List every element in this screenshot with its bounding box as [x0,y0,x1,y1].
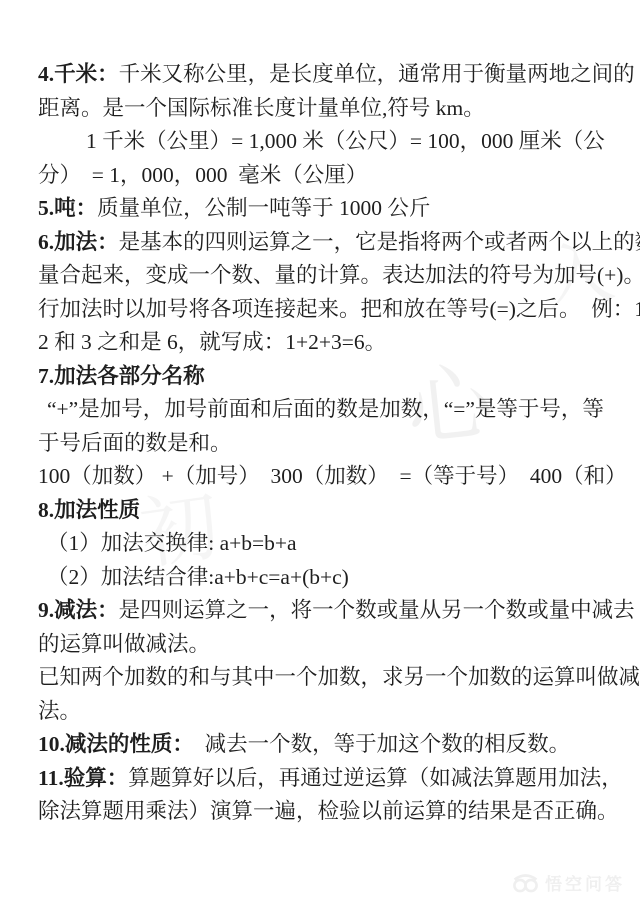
text-line: 5.吨：质量单位，公制一吨等于 1000 公斤 [38,192,623,226]
text-line: 于号后面的数是和。 [38,427,623,461]
line-text: 行加法时以加号将各项连接起来。把和放在等号(=)之后。 例：1、 [38,297,640,321]
term-label: 9.减法： [38,598,119,622]
line-text: “+”是加号，加号前面和后面的数是加数，“=”是等于号，等 [47,397,604,421]
text-line: 的运算叫做减法。 [38,628,623,662]
text-line: 8.加法性质 [38,494,623,528]
line-text: 除法算题用乘法）演算一遍，检验以前运算的结果是否正确。 [38,799,619,823]
text-line: 分） = 1，000，000 毫米（公厘） [38,159,623,193]
line-text: （2）加法结合律:a+b+c=a+(b+c) [47,565,349,589]
document-page: 初心入 4.千米：千米又称公里，是长度单位，通常用于衡量两地之间的距离。是一个国… [0,0,640,904]
line-text: 100（加数） +（加号） 300（加数） =（等于号） 400（和） [38,464,627,488]
line-text: 已知两个加数的和与其中一个加数，求另一个加数的运算叫做减 [38,665,640,689]
text-line: 行加法时以加号将各项连接起来。把和放在等号(=)之后。 例：1、 [38,293,623,327]
line-text: 算题算好以后，再通过逆运算（如减法算题用加法， [128,766,623,790]
text-line: 7.加法各部分名称 [38,360,623,394]
line-text: 的运算叫做减法。 [38,632,210,656]
text-line: 已知两个加数的和与其中一个加数，求另一个加数的运算叫做减 [38,661,623,695]
text-line: 法。 [38,695,623,729]
text-line: 11.验算：算题算好以后，再通过逆运算（如减法算题用加法， [38,762,623,796]
text-line: 4.千米：千米又称公里，是长度单位，通常用于衡量两地之间的 [38,58,623,92]
text-line: 9.减法：是四则运算之一，将一个数或量从另一个数或量中减去 [38,594,623,628]
term-label: 10.减法的性质： [38,732,194,756]
document-lines: 4.千米：千米又称公里，是长度单位，通常用于衡量两地之间的距离。是一个国际标准长… [38,58,623,829]
term-label: 5.吨： [38,196,97,220]
line-text: 2 和 3 之和是 6，就写成：1+2+3=6。 [38,330,386,354]
line-text: 分） = 1，000，000 毫米（公厘） [38,163,367,187]
text-line: “+”是加号，加号前面和后面的数是加数，“=”是等于号，等 [38,393,623,427]
line-text: 量合起来，变成一个数、量的计算。表达加法的符号为加号(+)。进 [38,263,640,287]
text-line: 除法算题用乘法）演算一遍，检验以前运算的结果是否正确。 [38,795,623,829]
line-text: 于号后面的数是和。 [38,431,232,455]
text-line: 10.减法的性质： 减去一个数，等于加这个数的相反数。 [38,728,623,762]
brand-watermark: 悟空问答 [512,870,625,895]
line-text: 减去一个数，等于加这个数的相反数。 [194,732,570,756]
line-text: 法。 [38,699,81,723]
line-text: 千米又称公里，是长度单位，通常用于衡量两地之间的 [119,62,635,86]
text-line: （1）加法交换律: a+b=b+a [38,527,623,561]
text-line: 6.加法：是基本的四则运算之一，它是指将两个或者两个以上的数、 [38,226,623,260]
line-text: 距离。是一个国际标准长度计量单位,符号 km。 [38,96,485,120]
line-text: 1 千米（公里）= 1,000 米（公尺）= 100，000 厘米（公 [86,129,605,153]
line-text: （1）加法交换律: a+b=b+a [47,531,297,555]
term-label: 6.加法： [38,230,119,254]
text-line: 1 千米（公里）= 1,000 米（公尺）= 100，000 厘米（公 [38,125,623,159]
text-line: 距离。是一个国际标准长度计量单位,符号 km。 [38,92,623,126]
term-label: 8.加法性质 [38,498,140,522]
line-text: 质量单位，公制一吨等于 1000 公斤 [97,196,430,220]
wukong-logo-icon [512,873,539,893]
term-label: 4.千米： [38,62,119,86]
brand-watermark-label: 悟空问答 [545,870,625,895]
term-label: 11.验算： [38,766,128,790]
text-line: 100（加数） +（加号） 300（加数） =（等于号） 400（和） [38,460,623,494]
text-line: （2）加法结合律:a+b+c=a+(b+c) [38,561,623,595]
text-line: 2 和 3 之和是 6，就写成：1+2+3=6。 [38,326,623,360]
term-label: 7.加法各部分名称 [38,364,205,388]
text-line: 量合起来，变成一个数、量的计算。表达加法的符号为加号(+)。进 [38,259,623,293]
line-text: 是四则运算之一，将一个数或量从另一个数或量中减去 [119,598,635,622]
line-text: 是基本的四则运算之一，它是指将两个或者两个以上的数、 [119,230,640,254]
